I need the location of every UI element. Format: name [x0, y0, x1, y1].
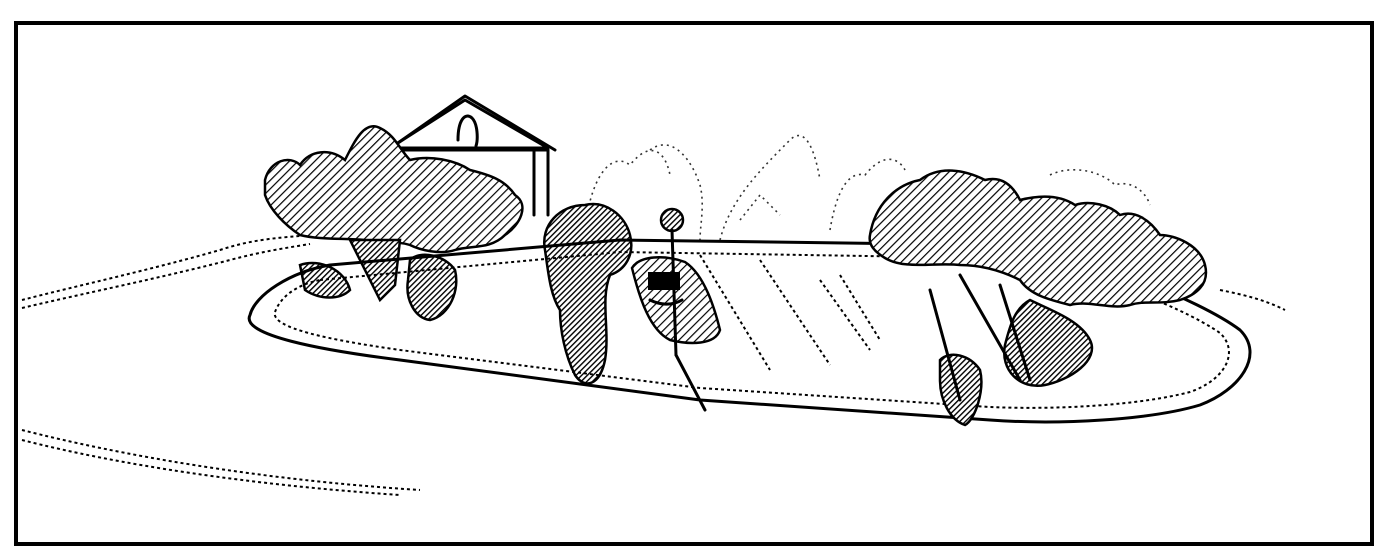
right-tree-cluster	[870, 171, 1206, 425]
landscape-sketch	[0, 0, 1388, 556]
left-tree-cluster	[265, 126, 522, 320]
center-tree	[544, 204, 631, 383]
